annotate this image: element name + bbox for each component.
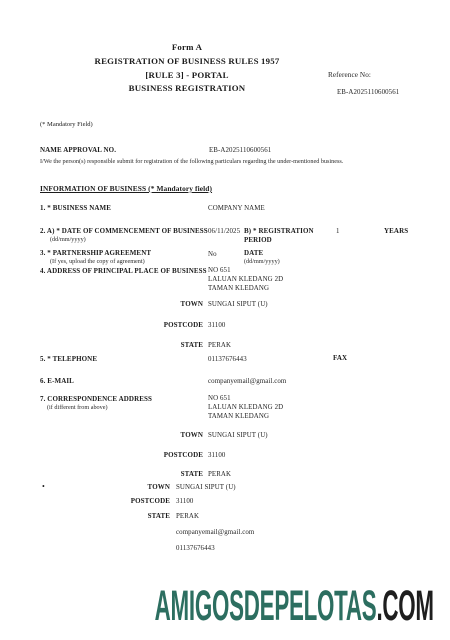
partnership-value: No <box>208 251 217 259</box>
principal-address-line1: NO 651 <box>208 267 231 275</box>
principal-town-value: SUNGAI SIPUT (U) <box>208 301 268 309</box>
correspondence-line3: TAMAN KLEDANG <box>208 413 269 421</box>
principal-address-line2: LALUAN KLEDANG 2D <box>208 276 283 284</box>
partnership-sublabel: (If yes, upload the copy of agreement) <box>50 258 145 265</box>
partnership-label: 3. * PARTNERSHIP AGREEMENT <box>40 249 151 257</box>
reference-value: EB-A2025110600561 <box>337 89 399 97</box>
principal-town-label: TOWN <box>181 300 203 308</box>
correspondence-line1: NO 651 <box>208 395 231 403</box>
principal-postcode-label: POSTCODE <box>164 321 203 329</box>
registration-period-label-2: PERIOD <box>244 236 272 244</box>
form-title: Form A <box>30 41 344 55</box>
principal-state-value: PERAK <box>208 342 231 350</box>
footer-town-label: TOWN <box>148 483 170 491</box>
name-approval-value: EB-A2025110600561 <box>209 147 271 155</box>
principal-address-label: 4. ADDRESS OF PRINCIPAL PLACE OF BUSINES… <box>40 267 207 275</box>
correspondence-town-label: TOWN <box>181 431 203 439</box>
commencement-sublabel: (dd/mm/yyyy) <box>50 236 86 243</box>
correspondence-state-label: STATE <box>181 470 203 478</box>
watermark-brand-text: AMIGOSDEPELOTAS <box>155 582 377 630</box>
principal-address-line3: TAMAN KLEDANG <box>208 285 269 293</box>
correspondence-sublabel: (if different from above) <box>47 404 108 411</box>
watermark-tld-text: .COM <box>377 582 434 630</box>
footer-email-value: companyemail@gmail.com <box>176 529 254 537</box>
correspondence-postcode-value: 31100 <box>208 452 225 460</box>
form-registration-line: BUSINESS REGISTRATION <box>30 82 344 96</box>
correspondence-town-value: SUNGAI SIPUT (U) <box>208 432 268 440</box>
commencement-label: 2. A) * DATE OF COMMENCEMENT OF BUSINESS <box>40 227 208 235</box>
form-rule3-line: [RULE 3] - PORTAL <box>30 69 344 83</box>
footer-postcode-label: POSTCODE <box>131 497 170 505</box>
footer-state-value: PERAK <box>176 513 199 521</box>
business-name-value: COMPANY NAME <box>208 205 265 213</box>
mandatory-note: (* Mandatory Field) <box>40 121 93 128</box>
registration-period-unit: YEARS <box>384 227 408 235</box>
principal-state-label: STATE <box>181 341 203 349</box>
fax-label: FAX <box>333 354 347 362</box>
commencement-value: 06/11/2025 <box>208 228 240 236</box>
declaration-text: I/We the person(s) responsible submit fo… <box>40 158 343 165</box>
document-page: Form A REGISTRATION OF BUSINESS RULES 19… <box>0 0 450 640</box>
footer-state-label: STATE <box>148 512 170 520</box>
form-rules-line: REGISTRATION OF BUSINESS RULES 1957 <box>30 55 344 69</box>
correspondence-postcode-label: POSTCODE <box>164 451 203 459</box>
section-heading: INFORMATION OF BUSINESS (* Mandatory fie… <box>40 185 212 194</box>
reference-label: Reference No: <box>328 71 371 79</box>
correspondence-state-value: PERAK <box>208 471 231 479</box>
registration-period-label-1: B) * REGISTRATION <box>244 227 314 235</box>
principal-postcode-value: 31100 <box>208 322 225 330</box>
form-header: Form A REGISTRATION OF BUSINESS RULES 19… <box>30 41 344 96</box>
business-name-label: 1. * BUSINESS NAME <box>40 204 111 212</box>
footer-postcode-value: 31100 <box>176 498 193 506</box>
correspondence-line2: LALUAN KLEDANG 2D <box>208 404 283 412</box>
watermark-logo: AMIGOSDEPELOTAS.COM <box>155 585 434 628</box>
footer-town-value: SUNGAI SIPUT (U) <box>176 484 236 492</box>
telephone-label: 5. * TELEPHONE <box>40 355 97 363</box>
email-label: 6. E-MAIL <box>40 377 74 385</box>
list-bullet: • <box>42 482 45 491</box>
name-approval-label: NAME APPROVAL NO. <box>40 146 116 154</box>
correspondence-label: 7. CORRESPONDENCE ADDRESS <box>40 395 152 403</box>
registration-period-value: 1 <box>336 228 340 236</box>
telephone-value: 01137676443 <box>208 356 247 364</box>
email-value: companyemail@gmail.com <box>208 378 286 386</box>
partnership-date-label: DATE <box>244 249 263 257</box>
footer-telephone-value: 01137676443 <box>176 545 215 553</box>
partnership-date-sublabel: (dd/mm/yyyy) <box>244 258 280 265</box>
